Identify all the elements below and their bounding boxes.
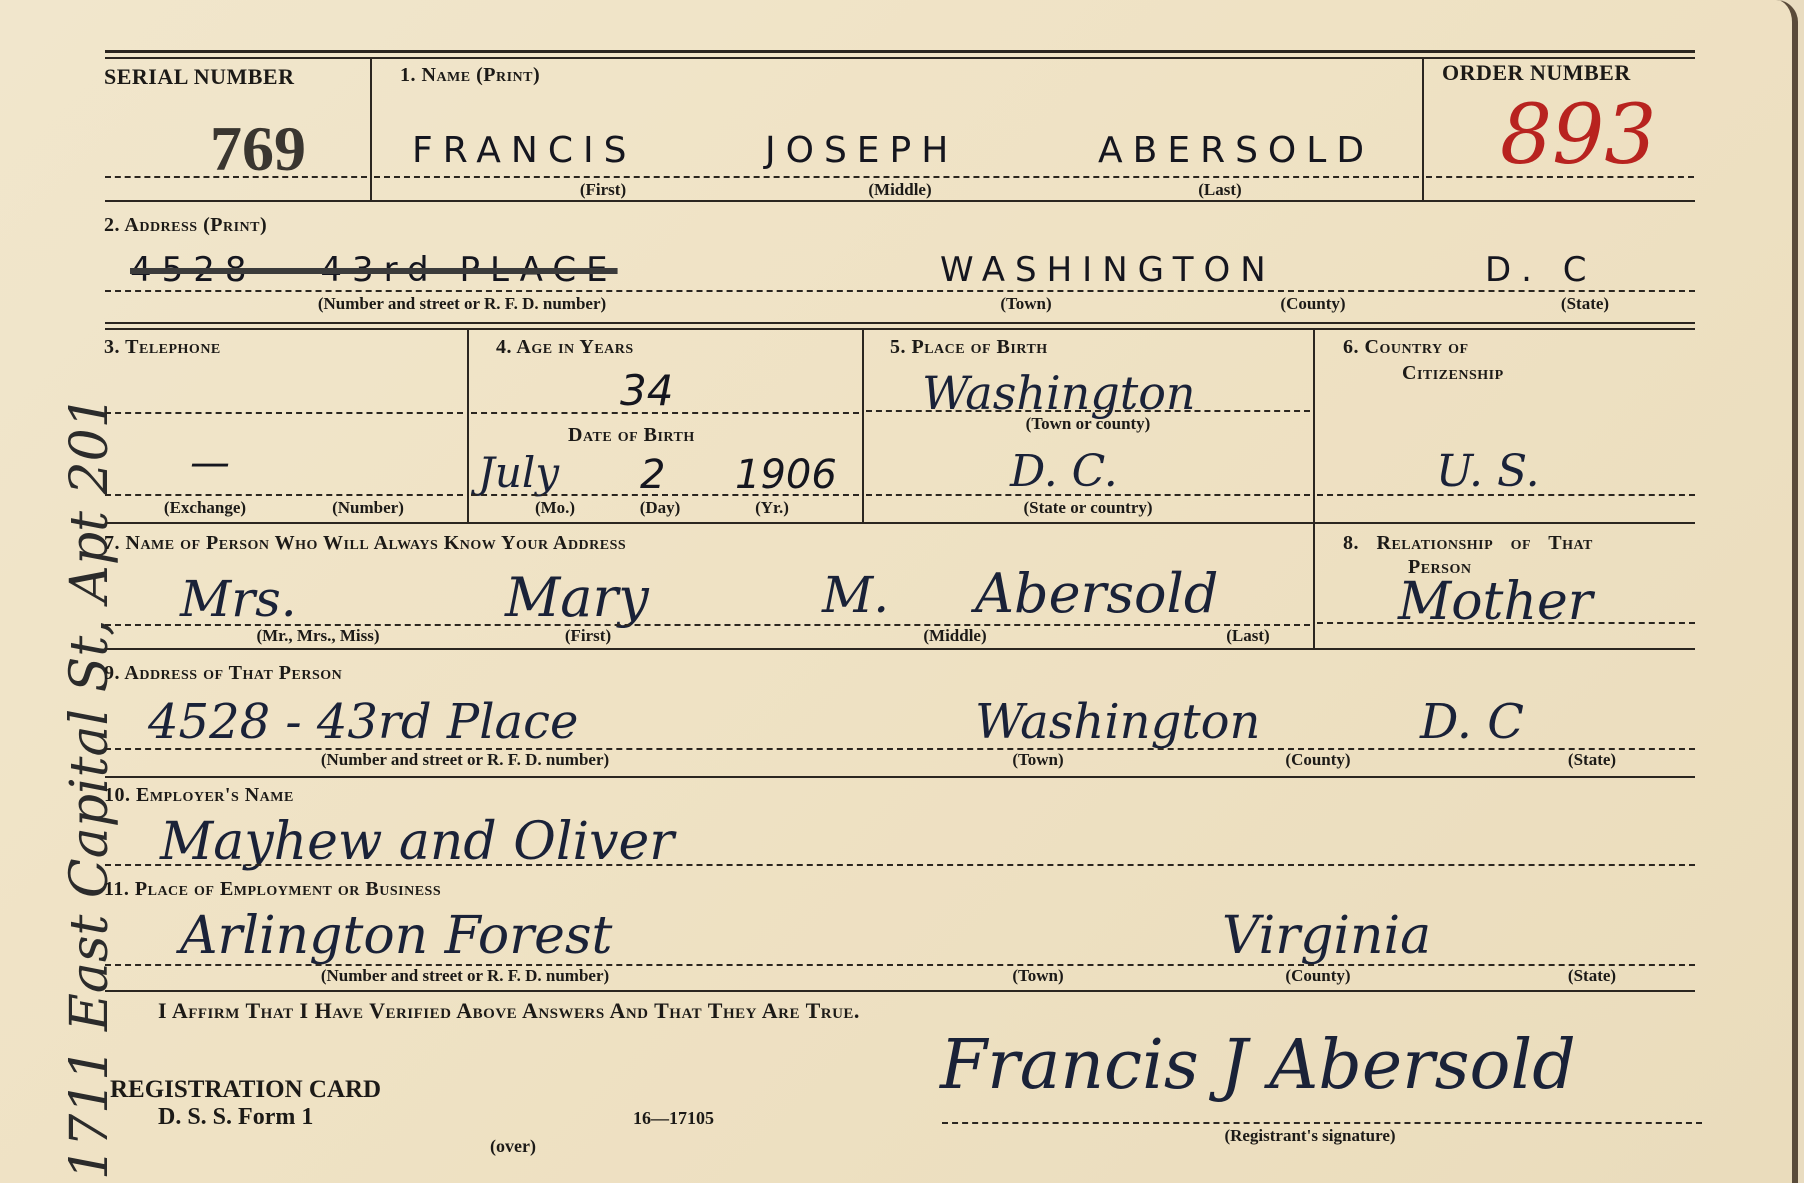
rule-row1 xyxy=(105,200,1695,202)
employment-place-town-label: (Town) xyxy=(1012,966,1063,986)
address-state-label: (State) xyxy=(1561,294,1609,314)
contact-label: 7. Name of Person Who Will Always Know Y… xyxy=(104,532,626,555)
employment-place-street: Arlington Forest xyxy=(180,906,612,966)
telephone-number-label: (Number) xyxy=(332,498,404,518)
birthplace-town-label: (Town or county) xyxy=(1026,414,1151,434)
name-last: ABERSOLD xyxy=(1098,130,1374,171)
divider-order xyxy=(1422,58,1424,200)
contact-address-street-label: (Number and street or R. F. D. number) xyxy=(321,750,609,770)
signature-label: (Registrant's signature) xyxy=(1224,1126,1395,1146)
dob-day: 2 xyxy=(640,452,665,498)
citizenship-label-2: Citizenship xyxy=(1402,362,1504,385)
employer-line xyxy=(105,864,1695,866)
contact-first-label: (First) xyxy=(565,626,611,646)
employment-place-county-label: (County) xyxy=(1285,966,1350,986)
age-label: 4. Age in Years xyxy=(496,336,634,359)
rule-row8 xyxy=(105,648,1695,650)
telephone-line1 xyxy=(105,412,463,414)
contact-address-town-label: (Town) xyxy=(1012,750,1063,770)
citizenship-label-1: 6. Country of xyxy=(1343,336,1469,359)
registration-card: 1711 East Capital St, Apt 201 SERIAL NUM… xyxy=(0,0,1798,1183)
contact-last-label: (Last) xyxy=(1226,626,1269,646)
affirmation: I Affirm That I Have Verified Above Answ… xyxy=(158,998,860,1024)
address-town-label: (Town) xyxy=(1000,294,1051,314)
over-note: (over) xyxy=(490,1136,536,1157)
rule-row2b xyxy=(105,328,1695,330)
employer-label: 10. Employer's Name xyxy=(104,784,294,807)
order-value: 893 xyxy=(1500,88,1657,183)
divider-serial xyxy=(370,58,372,200)
relationship-line xyxy=(1317,622,1695,624)
divider-tel xyxy=(467,330,469,522)
top-rule-2 xyxy=(105,57,1695,59)
birthplace-state-label: (State or country) xyxy=(1023,498,1152,518)
contact-first: Mary xyxy=(505,566,649,629)
dob-line xyxy=(471,494,859,496)
employment-place-county: Virginia xyxy=(1222,906,1431,966)
rule-row6 xyxy=(105,522,1695,524)
serial-label: SERIAL NUMBER xyxy=(104,64,294,90)
registrant-signature: Francis J Abersold xyxy=(940,1026,1576,1105)
birthplace-line1 xyxy=(866,410,1310,412)
order-line xyxy=(1426,176,1694,178)
address-state: D. C xyxy=(1485,250,1597,290)
dob-month-label: (Mo.) xyxy=(535,498,575,518)
rule-row2 xyxy=(105,322,1695,324)
contact-address-town: Washington xyxy=(975,694,1260,750)
contact-address-state: D. C xyxy=(1420,694,1524,750)
address-county-label: (County) xyxy=(1280,294,1345,314)
employer-value: Mayhew and Oliver xyxy=(160,812,674,872)
name-middle-label: (Middle) xyxy=(868,180,931,200)
birthplace-label: 5. Place of Birth xyxy=(890,336,1048,359)
contact-address-street: 4528 - 43rd Place xyxy=(148,694,578,750)
name-first: FRANCIS xyxy=(412,130,636,171)
serial-value: 769 xyxy=(210,112,306,186)
form-name: D. S. S. Form 1 xyxy=(158,1104,313,1131)
citizenship-value: U. S. xyxy=(1436,446,1540,497)
telephone-value: — xyxy=(190,440,230,486)
dob-year-label: (Yr.) xyxy=(755,498,789,518)
contact-address-state-label: (State) xyxy=(1568,750,1616,770)
contact-address-label: 9. Address of That Person xyxy=(104,662,342,685)
divider-birth xyxy=(1313,330,1315,648)
dob-label: Date of Birth xyxy=(568,424,695,447)
serial-line xyxy=(105,176,367,178)
name-label: 1. Name (Print) xyxy=(400,64,540,87)
employment-place-state-label: (State) xyxy=(1568,966,1616,986)
telephone-exchange-label: (Exchange) xyxy=(164,498,246,518)
contact-address-county-label: (County) xyxy=(1285,750,1350,770)
age-line xyxy=(471,412,859,414)
address-town: WASHINGTON xyxy=(940,250,1276,290)
name-middle: JOSEPH xyxy=(765,130,958,171)
employment-place-label: 11. Place of Employment or Business xyxy=(104,878,441,901)
signature-line xyxy=(942,1122,1702,1124)
contact-title: Mrs. xyxy=(180,570,297,628)
rule-row9 xyxy=(105,776,1695,778)
form-number: 16—17105 xyxy=(633,1108,714,1129)
age-value: 34 xyxy=(620,366,673,415)
name-line xyxy=(374,176,1419,178)
dob-year: 1906 xyxy=(735,452,837,498)
card-title: Registration Card xyxy=(110,1076,381,1104)
name-last-label: (Last) xyxy=(1198,180,1241,200)
contact-middle: M. xyxy=(822,566,889,624)
birthplace-line2 xyxy=(866,494,1310,496)
relationship-label-1: 8. Relationship of That xyxy=(1343,532,1593,555)
top-rule xyxy=(105,50,1695,53)
divider-age xyxy=(862,330,864,522)
contact-middle-label: (Middle) xyxy=(923,626,986,646)
contact-last: Abersold xyxy=(975,562,1218,625)
address-street: 4528 - 43rd PLACE xyxy=(130,250,618,290)
contact-title-label: (Mr., Mrs., Miss) xyxy=(256,626,379,646)
telephone-label: 3. Telephone xyxy=(104,336,221,359)
address-line xyxy=(105,290,1695,292)
address-label: 2. Address (Print) xyxy=(104,214,267,237)
address-street-label: (Number and street or R. F. D. number) xyxy=(318,294,606,314)
telephone-line2 xyxy=(105,494,463,496)
order-label: ORDER NUMBER xyxy=(1442,60,1631,86)
name-first-label: (First) xyxy=(580,180,626,200)
citizenship-line xyxy=(1317,494,1695,496)
dob-month: July xyxy=(478,448,559,497)
employment-place-street-label: (Number and street or R. F. D. number) xyxy=(321,966,609,986)
rule-row11 xyxy=(105,990,1695,992)
birthplace-state: D. C. xyxy=(1010,446,1118,497)
dob-day-label: (Day) xyxy=(640,498,681,518)
